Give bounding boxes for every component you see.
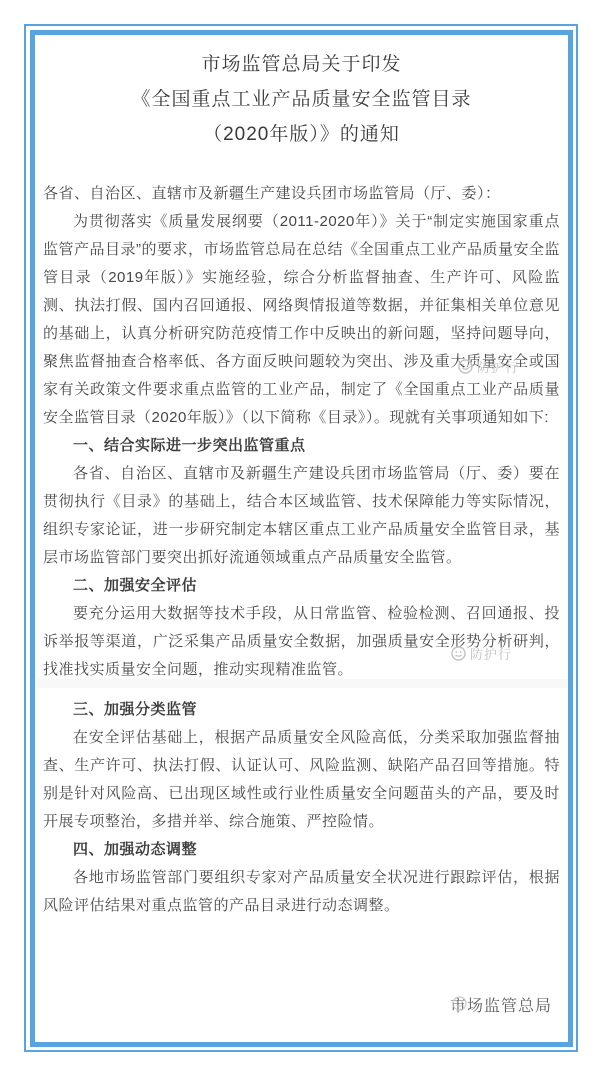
section-4-body: 各地市场监管部门要组织专家对产品质量安全状况进行跟踪评估，根据风险评估结果对重点…: [43, 864, 560, 920]
section-1-body: 各省、自治区、直辖市及新疆生产建设兵团市场监管局（厅、委）要在贯彻执行《目录》的…: [43, 460, 560, 572]
title-line-3: （2020年版）》的通知: [43, 117, 560, 152]
section-1-heading: 一、结合实际进一步突出监管重点: [43, 432, 560, 460]
salutation: 各省、自治区、直辖市及新疆生产建设兵团市场监管局（厅、委）：: [43, 180, 560, 208]
issuer-signature: 市场监管总局: [450, 993, 552, 1016]
section-3-heading: 三、加强分类监管: [43, 696, 560, 724]
document-title: 市场监管总局关于印发 《全国重点工业产品质量安全监管目录 （2020年版）》的通…: [43, 47, 560, 152]
section-2-heading: 二、加强安全评估: [43, 572, 560, 600]
document-body: 各省、自治区、直辖市及新疆生产建设兵团市场监管局（厅、委）： 为贯彻落实《质量发…: [43, 180, 560, 920]
section-3-body: 在安全评估基础上，根据产品质量安全风险高低，分类采取加强监督抽查、生产许可、执法…: [43, 724, 560, 836]
section-4-heading: 四、加强动态调整: [43, 836, 560, 864]
intro-paragraph: 为贯彻落实《质量发展纲要（2011-2020年）》关于“制定实施国家重点监管产品…: [43, 208, 560, 432]
title-line-2: 《全国重点工业产品质量安全监管目录: [43, 82, 560, 117]
title-line-1: 市场监管总局关于印发: [43, 47, 560, 82]
notice-document-page: 市场监管总局关于印发 《全国重点工业产品质量安全监管目录 （2020年版）》的通…: [0, 0, 602, 1072]
section-2-body: 要充分运用大数据等技术手段，从日常监管、检验检测、召回通报、投诉举报等渠道，广泛…: [43, 600, 560, 684]
document-content: 市场监管总局关于印发 《全国重点工业产品质量安全监管目录 （2020年版）》的通…: [35, 35, 568, 1042]
